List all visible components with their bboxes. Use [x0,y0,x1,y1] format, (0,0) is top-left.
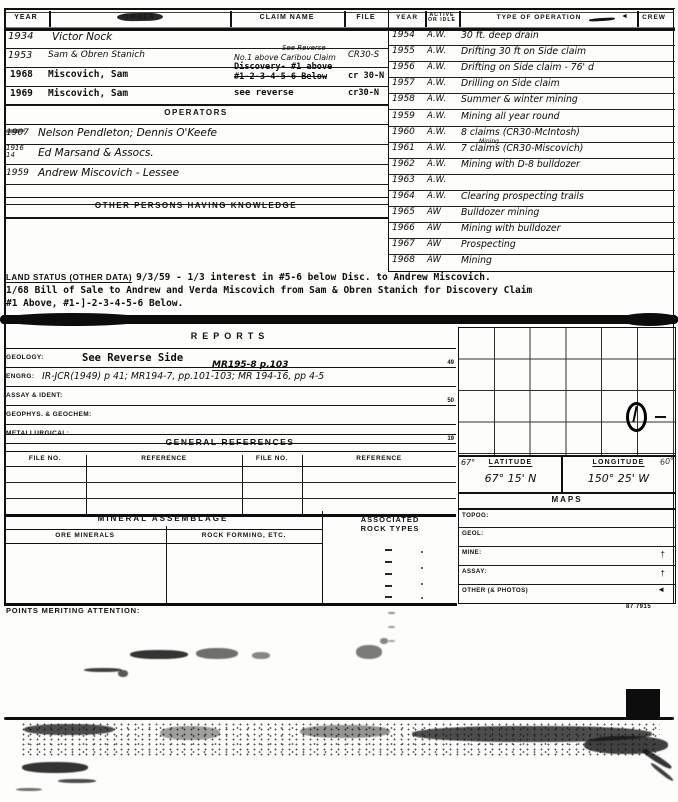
operators-title: OPERATORS [4,104,388,125]
operations-row: 1963A.W. [389,174,675,191]
col-active-idle: ACTIVE OR IDLE [425,13,459,24]
mine-label: MINE: [462,549,482,556]
topog-label: TOPOG: [462,512,489,519]
col-claim-name: CLAIM NAME [230,14,344,21]
reports-title: REPORTS [4,327,456,349]
land-status-section: LAND STATUS (OTHER DATA)9/3/59 - 1/3 int… [6,271,674,310]
reference-header: REFERENCE [86,455,242,462]
claim-name: No.1 above Caribou Claim [234,53,336,62]
op-status: A.W. [427,30,459,40]
op-note: Mining [479,138,499,145]
op-year: 1965 [392,207,426,217]
operations-row: 1958A.W.Summer & winter mining [389,93,675,110]
associated-rock-types-section: ASSOCIATED ROCK TYPES [322,511,457,606]
geophys-label: GEOPHYS. & GEOCHEM: [6,411,92,418]
op-year: 1967 [392,239,426,249]
op-operation: Clearing prospecting trails [461,191,639,202]
mineral-assemblage-subheader: ORE MINERALS ROCK FORMING, ETC. [4,530,322,544]
map-row-mark: † [661,550,665,559]
mineral-assemblage-title: MINERAL ASSEMBLAGE [4,511,322,530]
ore-minerals-header: ORE MINERALS [4,532,166,539]
latitude-box: 67° LATITUDE 67° 15' N [458,455,563,494]
operator-name: Ed Marsand & Assocs. [38,147,154,159]
op-operation: Mining with bulldozer [461,223,639,234]
operations-row: 1956A.W.Drifting on Side claim - 76' d [389,61,675,78]
claims-table-header: YEAR OWNER CLAIM NAME FILE [4,9,388,31]
claim-owner: Miscovich, Sam [48,88,128,99]
operations-row: 1968AWMining [389,254,675,270]
op-year: 1954 [392,30,426,40]
scan-smudge [388,640,395,642]
operator-row: 1959 Andrew Miscovich - Lessee [4,165,388,185]
claim-year: 1934 [8,31,33,42]
other-photos-label: OTHER (& PHOTOS) [462,587,528,594]
scan-smudge [388,626,395,628]
operations-row: 1955A.W.Drifting 30 ft on Side claim [389,45,675,62]
op-operation: 30 ft. deep drain [461,30,639,41]
file-no-header: FILE NO. [242,455,302,462]
scan-smudge [58,779,96,783]
land-status-label: LAND STATUS (OTHER DATA) [6,273,132,283]
scan-smudge [584,736,668,754]
latitude-label: LATITUDE [459,459,562,466]
operations-row: 1954A.W.30 ft. deep drain [389,29,675,46]
rock-type-dash [385,585,392,587]
general-references-section: GENERAL REFERENCES FILE NO. REFERENCE FI… [4,434,456,517]
report-row-assay: ASSAY & IDENT: 50 [4,387,456,406]
divider [49,11,51,27]
scan-black-square [626,689,660,718]
operations-row: 1961A.W.7 claims (CR30-Miscovich)Mining [389,142,675,159]
op-year: 1957 [392,78,426,88]
operations-table-header: YEAR ACTIVE OR IDLE TYPE OF OPERATION ◄ … [389,9,675,31]
map-row-mark: ◄ [657,585,665,594]
op-operation: 8 claims (CR30-McIntosh) [461,127,639,138]
op-status: A.W. [427,159,459,169]
op-status: A.W. [427,143,459,153]
latitude-value: 67° 15' N [459,472,562,485]
operations-row: 1957A.W.Drilling on Side claim [389,77,675,94]
assay-label: ASSAY: [462,568,487,575]
land-status-line3: #1 Above, #1-]-2-3-4-5-6 Below. [6,297,674,310]
map-row-mark: † [661,569,665,578]
operations-row: 1959A.W.Mining all year round [389,110,675,127]
land-status-line2: 1/68 Bill of Sale to Andrew and Verda Mi… [6,284,674,297]
claim-name: Discovery- #1 above [234,62,332,72]
scan-smudge [84,668,122,672]
claim-owner: Sam & Obren Stanich [48,50,145,60]
op-year: 1968 [392,255,426,265]
op-year: 1959 [392,111,426,121]
location-grid [458,327,676,457]
longitude-box: LONGITUDE 60° 150° 25' W [561,455,676,494]
col-file: FILE [344,14,388,21]
reference-row-empty [4,483,456,499]
scan-smudge [22,762,88,773]
operator-year: 191614 [6,145,24,159]
geology-label: GEOLOGY: [6,354,44,361]
column-divider [166,526,167,603]
divider [230,11,232,27]
operators-section: OPERATORS 1907 Nelson Pendleton; Dennis … [4,104,388,205]
map-row-mine: MINE:† [459,547,675,566]
mining-claim-record-card: YEAR OWNER CLAIM NAME FILE 1934 Victor N… [0,0,678,802]
operations-row: 1962A.W.Mining with D-8 bulldozer [389,158,675,175]
claim-owner: Victor Nock [52,31,112,43]
op-status: A.W. [427,62,459,72]
operations-row: 1960A.W.8 claims (CR30-McIntosh) [389,126,675,143]
geology-value: See Reverse Side [82,352,183,364]
scan-smudge [356,645,382,659]
op-status: A.W. [427,46,459,56]
geol-label: GEOL: [462,530,484,537]
op-operation: Mining [461,255,639,266]
scan-smudge [380,638,388,644]
operations-row: 1964A.W.Clearing prospecting trails [389,190,675,207]
divider [344,11,346,27]
location-mark-circle [626,402,647,432]
references-header: FILE NO. REFERENCE FILE NO. REFERENCE [4,452,456,467]
op-operation: Mining all year round [461,111,639,122]
scan-smudge [16,788,42,791]
arrow-mark: ◄ [621,13,628,20]
location-mark-dash [655,416,666,418]
claim-row: 1968 Miscovich, Sam Discovery- #1 above … [4,67,388,87]
op-status: A.W. [427,175,459,185]
op-status: A.W. [427,127,459,137]
op-operation: Summer & winter mining [461,94,639,105]
claim-name-2: #1-2-3-4-5-6 Below [234,72,327,82]
engrg-value: IR-JCR(1949) p 41; MR194-7, pp.101-103; … [42,371,324,382]
map-row-assay: ASSAY:† [459,566,675,585]
op-operation: Drifting on Side claim - 76' d [461,62,639,73]
divider [425,11,427,27]
operations-row: 1967AWProspecting [389,238,675,255]
claim-year: 1953 [8,50,32,61]
other-persons-title: OTHER PERSONS HAVING KNOWLEDGE [4,197,388,219]
op-status: A.W. [427,191,459,201]
claim-row: 1969 Miscovich, Sam see reverse cr30-N [4,86,388,106]
header-scribble [589,17,615,22]
op-year: 1961 [392,143,426,153]
op-operation: Bulldozer mining [461,207,639,218]
rock-type-dash [385,549,392,551]
operations-table: YEAR ACTIVE OR IDLE TYPE OF OPERATION ◄ … [388,8,675,272]
form-number: 87 7915 [626,604,651,610]
op-year: 1966 [392,223,426,233]
divider [637,11,639,27]
engrg-label: ENGRG: [6,373,34,380]
map-row-other: OTHER (& PHOTOS)◄ [459,585,675,606]
owner-header-scribble: OWNER [123,14,155,21]
op-year: 1955 [392,46,426,56]
col-crew: CREW [635,14,673,21]
rock-type-dash [385,573,392,575]
scan-smudge [252,652,270,659]
longitude-value: 150° 25' W [562,472,675,485]
land-status-line1: LAND STATUS (OTHER DATA)9/3/59 - 1/3 int… [6,271,674,284]
land-status-text: 9/3/59 - 1/3 interest in #5-6 below Disc… [136,272,491,283]
op-year: 1960 [392,127,426,137]
report-row-geophys: GEOPHYS. & GEOCHEM: [4,406,456,425]
maps-section: MAPS TOPOG: GEOL: MINE:† ASSAY:† OTHER (… [458,492,676,604]
claim-year: 1968 [10,69,33,80]
claim-year: 1969 [10,88,33,99]
reports-section: REPORTS GEOLOGY: See Reverse Side 49 ENG… [4,327,456,444]
longitude-margin-note: 60° [659,456,674,467]
op-year: 1962 [392,159,426,169]
lat-long-section: 67° LATITUDE 67° 15' N LONGITUDE 60° 150… [458,455,674,492]
longitude-label: LONGITUDE [562,459,675,466]
scan-smudge [118,670,128,677]
op-status: A.W. [427,94,459,104]
op-year: 1956 [392,62,426,72]
op-operation: Mining with D-8 bulldozer [461,159,639,170]
reference-header: REFERENCE [302,455,456,462]
map-row-topog: TOPOG: [459,510,675,528]
col-year: YEAR [4,14,48,21]
rock-type-dash [385,561,392,563]
line-number: 49 [447,360,454,366]
operator-name: Andrew Miscovich - Lessee [38,167,179,179]
claims-table: YEAR OWNER CLAIM NAME FILE 1934 Victor N… [4,8,388,105]
claim-name: see reverse [234,88,294,98]
claim-file: CR30-S [348,50,379,60]
op-status: AW [427,223,459,233]
line-number: 50 [447,398,454,404]
op-operation: Prospecting [461,239,639,250]
file-no-header: FILE NO. [4,455,86,462]
operator-row: 191614 Ed Marsand & Assocs. [4,145,388,165]
op-status: A.W. [427,111,459,121]
divider [459,11,461,27]
rock-type-dash [385,596,392,598]
op-status: AW [427,255,459,265]
general-references-title: GENERAL REFERENCES [4,434,456,452]
operator-year: 1959 [6,168,29,178]
engrg-insert-note: MR195-8 p.103 [212,360,288,371]
claim-row: 1934 Victor Nock [4,29,388,49]
op-year: 1963 [392,175,426,185]
op-status: AW [427,207,459,217]
op-operation: Drifting 30 ft on Side claim [461,46,639,57]
op-year: 1964 [392,191,426,201]
scan-streak-line [4,717,674,720]
operator-row: 1907 Nelson Pendleton; Dennis O'Keefe [4,125,388,145]
claim-file: cr30-N [348,88,379,98]
reference-row-empty [4,467,456,483]
scan-smudge [24,724,114,735]
other-persons-section: OTHER PERSONS HAVING KNOWLEDGE [4,197,388,219]
idle-label: OR IDLE [425,18,459,23]
associated-rock-types-title: ASSOCIATED ROCK TYPES [323,511,457,533]
scan-smudge [160,726,220,740]
op-operation: Drilling on Side claim [461,78,639,89]
scan-smudge [388,612,395,614]
rock-forming-header: ROCK FORMING, ETC. [166,532,322,539]
claim-owner: Miscovich, Sam [48,69,128,80]
scan-smudge [196,648,238,659]
op-year: 1958 [392,94,426,104]
op-status: AW [427,239,459,249]
operator-name: Nelson Pendleton; Dennis O'Keefe [38,127,217,139]
map-row-geol: GEOL: [459,528,675,547]
mineral-assemblage-section: MINERAL ASSEMBLAGE ORE MINERALS ROCK FOR… [4,511,322,606]
col-owner: OWNER [48,14,230,21]
op-status: A.W. [427,78,459,88]
maps-title: MAPS [459,493,675,510]
scan-smudge [300,725,390,738]
points-meriting-attention-label: POINTS MERITING ATTENTION: [6,606,140,615]
report-row-engrg: ENGRG: IR-JCR(1949) p 41; MR194-7, pp.10… [4,368,456,387]
claim-note: See Reverse [282,44,326,52]
operations-row: 1965AWBulldozer mining [389,206,675,223]
operations-row: 1966AWMining with bulldozer [389,222,675,239]
col-year: YEAR [389,14,425,21]
section-separator-bar [0,315,678,324]
claim-file: cr 30-N [348,71,384,81]
scan-smudge [130,650,188,659]
assay-label: ASSAY & IDENT: [6,392,63,399]
